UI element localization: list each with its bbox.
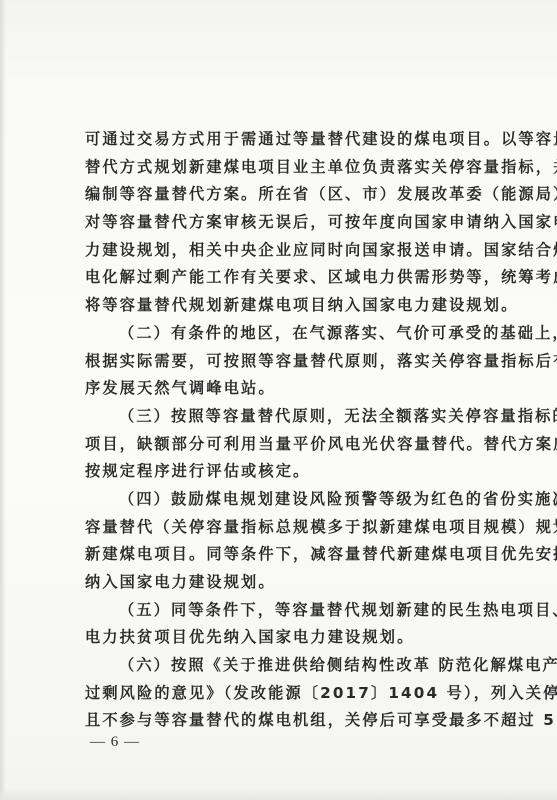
- scan-shadow-left: [0, 0, 6, 800]
- scan-shadow-bottom: [0, 788, 557, 800]
- text-line: 过剩风险的意见》（发改能源〔2017〕1404 号），列入关停计划: [85, 680, 469, 708]
- text-line: 且不参与等容量替代的煤电机组，关停后可享受最多不超过 5 年: [85, 707, 469, 735]
- document-page: 可通过交易方式用于需通过等量替代建设的煤电项目。以等容量 替代方式规划新建煤电项…: [0, 0, 557, 800]
- text-line: 电力扶贫项目优先纳入国家电力建设规划。: [85, 624, 469, 652]
- text-line: 纳入国家电力建设规划。: [85, 569, 469, 597]
- text-line: 按规定程序进行评估或核定。: [85, 458, 469, 486]
- body-text: 可通过交易方式用于需通过等量替代建设的煤电项目。以等容量 替代方式规划新建煤电项…: [85, 126, 469, 735]
- text-line: 将等容量替代规划新建煤电项目纳入国家电力建设规划。: [85, 292, 469, 320]
- text-line: 力建设规划，相关中央企业应同时向国家报送申请。国家结合煤: [85, 237, 469, 265]
- text-line: 替代方式规划新建煤电项目业主单位负责落实关停容量指标，并: [85, 154, 469, 182]
- text-line: 编制等容量替代方案。所在省（区、市）发展改革委（能源局）: [85, 181, 469, 209]
- text-line: 根据实际需要，可按照等容量替代原则，落实关停容量指标后有: [85, 348, 469, 376]
- text-line: 可通过交易方式用于需通过等量替代建设的煤电项目。以等容量: [85, 126, 469, 154]
- text-line: 对等容量替代方案审核无误后，可按年度向国家申请纳入国家电: [85, 209, 469, 237]
- paragraph-3-start: （三）按照等容量替代原则，无法全额落实关停容量指标的: [85, 403, 469, 431]
- text-line: 项目，缺额部分可利用当量平价风电光伏容量替代。替代方案应: [85, 431, 469, 459]
- page-number: — 6 —: [90, 734, 140, 751]
- text-line: 容量替代（关停容量指标总规模多于拟新建煤电项目规模）规划: [85, 514, 469, 542]
- paragraph-6-start: （六）按照《关于推进供给侧结构性改革 防范化解煤电产能: [85, 652, 469, 680]
- text-line: 序发展天然气调峰电站。: [85, 375, 469, 403]
- paragraph-2-start: （二）有条件的地区，在气源落实、气价可承受的基础上，: [85, 320, 469, 348]
- paragraph-4-start: （四）鼓励煤电规划建设风险预警等级为红色的省份实施减: [85, 486, 469, 514]
- text-line: 电化解过剩产能工作有关要求、区域电力供需形势等，统筹考虑: [85, 264, 469, 292]
- paragraph-5-start: （五）同等条件下，等容量替代规划新建的民生热电项目、: [85, 597, 469, 625]
- text-line: 新建煤电项目。同等条件下，减容量替代新建煤电项目优先安排: [85, 541, 469, 569]
